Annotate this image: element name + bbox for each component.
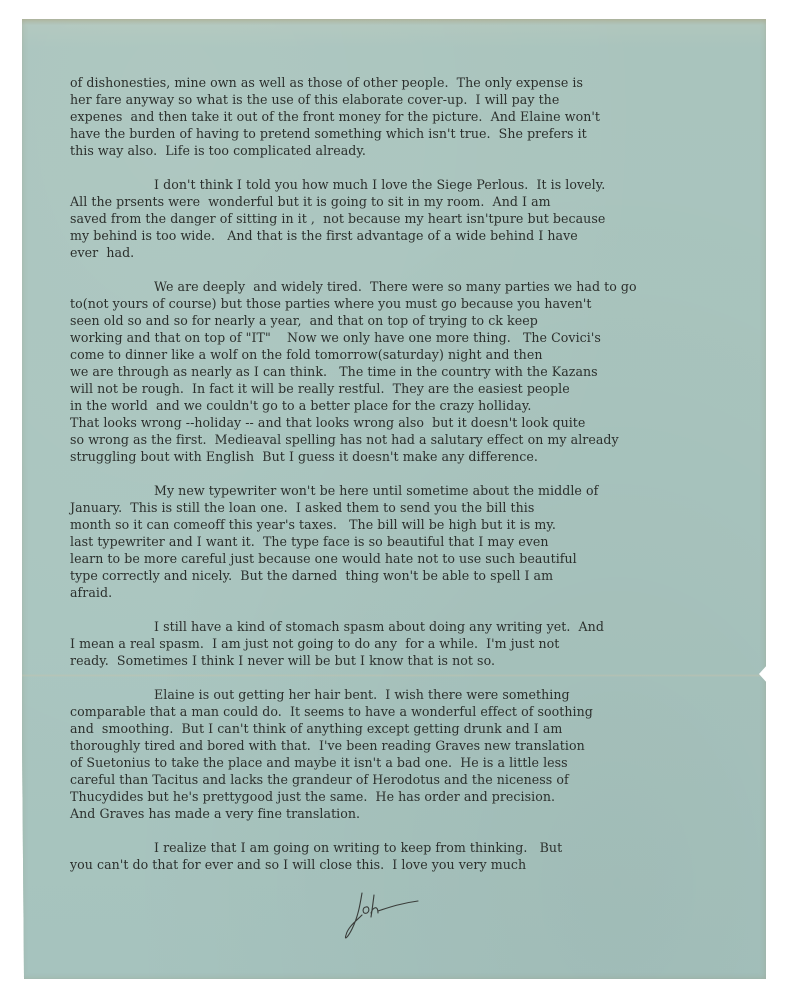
text-line: My new typewriter won't be here until so… [70, 482, 730, 499]
text-line: month so it can comeoff this year's taxe… [70, 516, 730, 533]
paragraph-7: I realize that I am going on writing to … [70, 839, 730, 873]
text-line: learn to be more careful just because on… [70, 550, 730, 567]
text-line: January. This is still the loan one. I a… [70, 499, 730, 516]
text-line: That looks wrong --holiday -- and that l… [70, 414, 730, 431]
paragraph-2: I don't think I told you how much I love… [70, 176, 730, 261]
text-line: Elaine is out getting her hair bent. I w… [70, 686, 730, 703]
letter-body: of dishonesties, mine own as well as tho… [70, 74, 730, 890]
text-line: thoroughly tired and bored with that. I'… [70, 737, 730, 754]
text-line: And Graves has made a very fine translat… [70, 805, 730, 822]
text-line: working and that on top of "IT" Now we o… [70, 329, 730, 346]
text-line: you can't do that for ever and so I will… [70, 856, 730, 873]
paragraph-1: of dishonesties, mine own as well as tho… [70, 74, 730, 159]
text-line: so wrong as the first. Medieaval spellin… [70, 431, 730, 448]
text-line: this way also. Life is too complicated a… [70, 142, 730, 159]
text-line: saved from the danger of sitting in it ,… [70, 210, 730, 227]
paragraph-6: Elaine is out getting her hair bent. I w… [70, 686, 730, 822]
text-line: and smoothing. But I can't think of anyt… [70, 720, 730, 737]
paper-edge-tear [759, 664, 768, 684]
paragraph-5: I still have a kind of stomach spasm abo… [70, 618, 730, 669]
text-line: her fare anyway so what is the use of th… [70, 91, 730, 108]
text-line: in the world and we couldn't go to a bet… [70, 397, 730, 414]
text-line: struggling bout with English But I guess… [70, 448, 730, 465]
text-line: I don't think I told you how much I love… [70, 176, 730, 193]
text-line: seen old so and so for nearly a year, an… [70, 312, 730, 329]
paragraph-4: My new typewriter won't be here until so… [70, 482, 730, 601]
text-line: expenes and then take it out of the fron… [70, 108, 730, 125]
text-line: We are deeply and widely tired. There we… [70, 278, 730, 295]
text-line: will not be rough. In fact it will be re… [70, 380, 730, 397]
text-line: afraid. [70, 584, 730, 601]
text-line: come to dinner like a wolf on the fold t… [70, 346, 730, 363]
text-line: I still have a kind of stomach spasm abo… [70, 618, 730, 635]
text-line: type correctly and nicely. But the darne… [70, 567, 730, 584]
text-line: we are through as nearly as I can think.… [70, 363, 730, 380]
text-line: I realize that I am going on writing to … [70, 839, 730, 856]
text-line: comparable that a man could do. It seems… [70, 703, 730, 720]
paragraph-3: We are deeply and widely tired. There we… [70, 278, 730, 465]
text-line: I mean a real spasm. I am just not going… [70, 635, 730, 652]
text-line: careful than Tacitus and lacks the grand… [70, 771, 730, 788]
text-line: of dishonesties, mine own as well as tho… [70, 74, 730, 91]
text-line: have the burden of having to pretend som… [70, 125, 730, 142]
text-line: of Suetonius to take the place and maybe… [70, 754, 730, 771]
text-line: ready. Sometimes I think I never will be… [70, 652, 730, 669]
text-line: to(not yours of course) but those partie… [70, 295, 730, 312]
text-line: my behind is too wide. And that is the f… [70, 227, 730, 244]
handwritten-signature: John [340, 885, 430, 945]
text-line: last typewriter and I want it. The type … [70, 533, 730, 550]
text-line: All the prsents were wonderful but it is… [70, 193, 730, 210]
text-line: Thucydides but he's prettygood just the … [70, 788, 730, 805]
text-line: ever had. [70, 244, 730, 261]
